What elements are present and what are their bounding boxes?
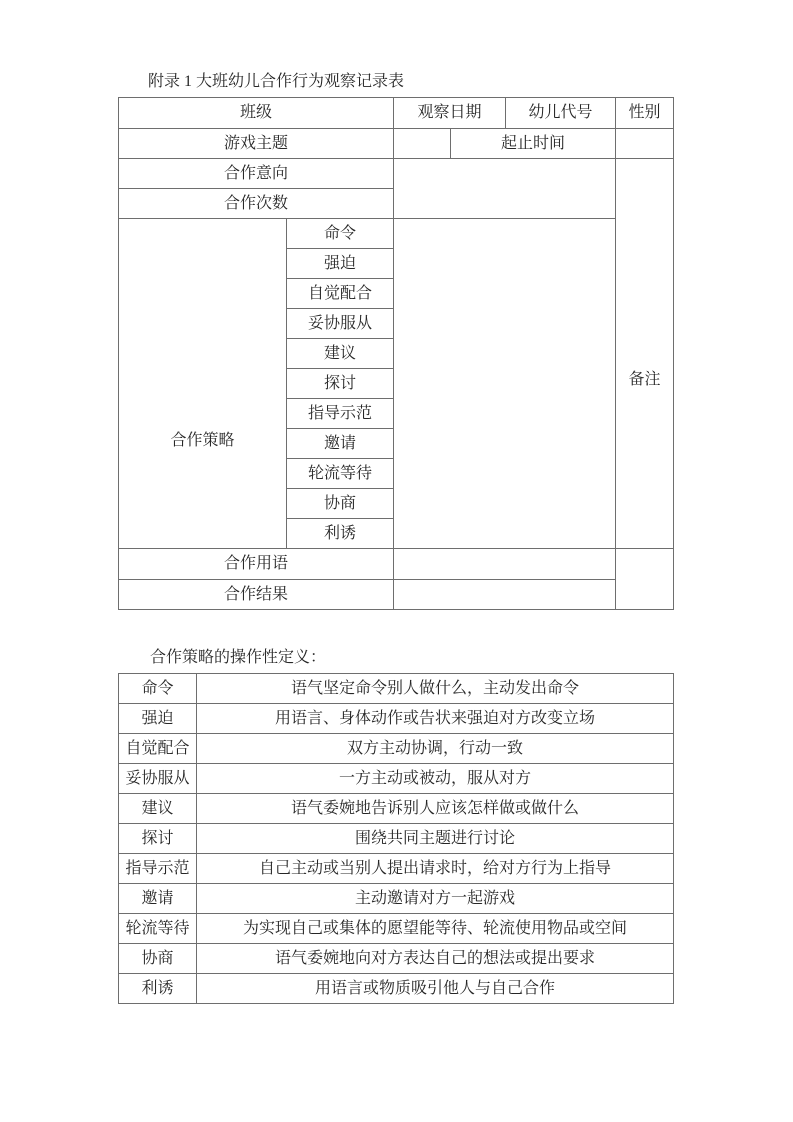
strategy-term-cell: 妥协服从: [119, 764, 197, 794]
definition-row: 指导示范 自己主动或当别人提出请求时，给对方行为上指导: [119, 854, 674, 884]
empty-cell: [394, 129, 451, 159]
definition-row: 邀请 主动邀请对方一起游戏: [119, 884, 674, 914]
strategy-term-cell: 协商: [119, 944, 197, 974]
strategy-definition-cell: 围绕共同主题进行讨论: [197, 824, 674, 854]
intention-count-entry-cell: [394, 159, 616, 219]
strategy-term-cell: 轮流等待: [119, 914, 197, 944]
definition-row: 命令 语气坚定命令别人做什么，主动发出命令: [119, 674, 674, 704]
strategy-definition-cell: 主动邀请对方一起游戏: [197, 884, 674, 914]
strategy-term-cell: 指导示范: [119, 854, 197, 884]
definition-row: 妥协服从 一方主动或被动，服从对方: [119, 764, 674, 794]
strategy-term-cell: 建议: [119, 794, 197, 824]
strategy-label-cell: 轮流等待: [287, 459, 394, 489]
document-page: 附录 1 大班幼儿合作行为观察记录表 班级 观察日期 幼儿代号 性别 游戏主题 …: [0, 0, 793, 1122]
strategy-definition-cell: 语气委婉地向对方表达自己的想法或提出要求: [197, 944, 674, 974]
definition-row: 强迫 用语言、身体动作或告状来强迫对方改变立场: [119, 704, 674, 734]
table-row: 班级 观察日期 幼儿代号 性别: [119, 98, 674, 129]
strategy-label-cell: 命令: [287, 219, 394, 249]
definitions-title: 合作策略的操作性定义：: [150, 648, 326, 667]
child-code-label-cell: 幼儿代号: [506, 98, 616, 129]
empty-cell: [616, 129, 674, 159]
remark-label-cell: 备注: [616, 159, 674, 549]
cooperation-result-label-cell: 合作结果: [119, 580, 394, 610]
table-row: 合作策略 命令: [119, 219, 674, 249]
definition-row: 自觉配合 双方主动协调，行动一致: [119, 734, 674, 764]
strategy-definition-cell: 语气坚定命令别人做什么，主动发出命令: [197, 674, 674, 704]
empty-cell: [616, 549, 674, 610]
definition-row: 探讨 围绕共同主题进行讨论: [119, 824, 674, 854]
strategy-definitions-table: 命令 语气坚定命令别人做什么，主动发出命令 强迫 用语言、身体动作或告状来强迫对…: [118, 673, 674, 1004]
strategy-term-cell: 探讨: [119, 824, 197, 854]
strategy-term-cell: 利诱: [119, 974, 197, 1004]
language-entry-cell: [394, 549, 616, 580]
definition-row: 协商 语气委婉地向对方表达自己的想法或提出要求: [119, 944, 674, 974]
definition-row: 建议 语气委婉地告诉别人应该怎样做或做什么: [119, 794, 674, 824]
strategy-term-cell: 命令: [119, 674, 197, 704]
strategy-definition-cell: 用语言、身体动作或告状来强迫对方改变立场: [197, 704, 674, 734]
class-label-cell: 班级: [119, 98, 394, 129]
strategy-label-cell: 邀请: [287, 429, 394, 459]
strategy-definition-cell: 为实现自己或集体的愿望能等待、轮流使用物品或空间: [197, 914, 674, 944]
strategy-label-cell: 自觉配合: [287, 279, 394, 309]
strategy-definition-cell: 用语言或物质吸引他人与自己合作: [197, 974, 674, 1004]
strategy-label-cell: 建议: [287, 339, 394, 369]
result-entry-cell: [394, 580, 616, 610]
strategy-label-cell: 指导示范: [287, 399, 394, 429]
table-row: 合作结果: [119, 580, 674, 610]
strategy-definition-cell: 双方主动协调，行动一致: [197, 734, 674, 764]
observe-date-label-cell: 观察日期: [394, 98, 506, 129]
table-row: 合作用语: [119, 549, 674, 580]
strategy-label-cell: 协商: [287, 489, 394, 519]
gender-label-cell: 性别: [616, 98, 674, 129]
strategy-definition-cell: 语气委婉地告诉别人应该怎样做或做什么: [197, 794, 674, 824]
strategy-term-cell: 自觉配合: [119, 734, 197, 764]
cooperation-count-label-cell: 合作次数: [119, 189, 394, 219]
cooperation-intention-label-cell: 合作意向: [119, 159, 394, 189]
strategy-label-cell: 利诱: [287, 519, 394, 549]
strategy-label-cell: 强迫: [287, 249, 394, 279]
strategy-term-cell: 邀请: [119, 884, 197, 914]
table-row: 游戏主题 起止时间: [119, 129, 674, 159]
cooperation-language-label-cell: 合作用语: [119, 549, 394, 580]
definition-row: 利诱 用语言或物质吸引他人与自己合作: [119, 974, 674, 1004]
time-range-label-cell: 起止时间: [451, 129, 616, 159]
cooperation-strategy-label-cell: 合作策略: [119, 219, 287, 549]
table-row: 合作意向 备注: [119, 159, 674, 189]
game-theme-label-cell: 游戏主题: [119, 129, 394, 159]
strategy-label-cell: 探讨: [287, 369, 394, 399]
strategy-label-cell: 妥协服从: [287, 309, 394, 339]
appendix-title: 附录 1 大班幼儿合作行为观察记录表: [148, 72, 404, 91]
observation-record-table: 班级 观察日期 幼儿代号 性别 游戏主题 起止时间 合作意向 备注 合作次数 合…: [118, 97, 674, 610]
strategy-term-cell: 强迫: [119, 704, 197, 734]
strategy-definition-cell: 自己主动或当别人提出请求时，给对方行为上指导: [197, 854, 674, 884]
strategy-definition-cell: 一方主动或被动，服从对方: [197, 764, 674, 794]
definition-row: 轮流等待 为实现自己或集体的愿望能等待、轮流使用物品或空间: [119, 914, 674, 944]
strategy-entry-cell: [394, 219, 616, 549]
